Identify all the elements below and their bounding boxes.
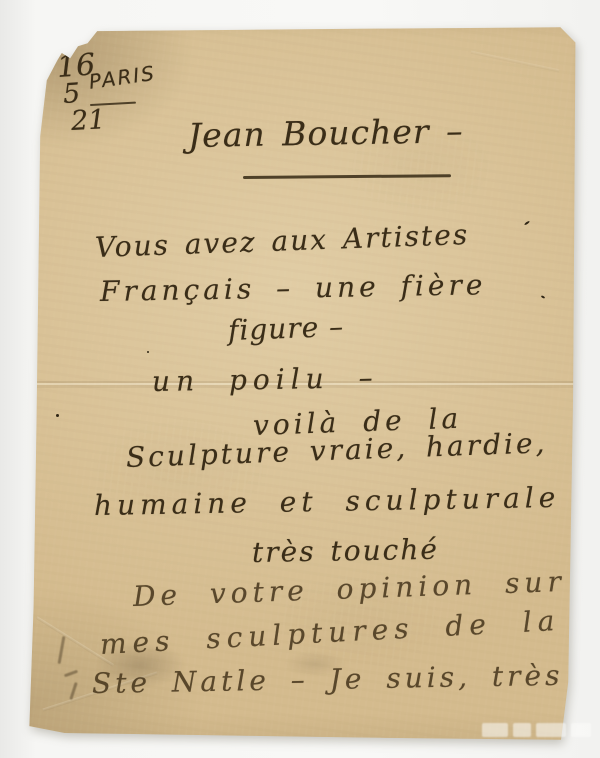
ink-speck xyxy=(147,351,149,353)
letter-line: Vous avez aux Artistes xyxy=(94,218,469,264)
letter-line: Sculpture vraie, hardie, xyxy=(125,426,548,474)
watermark xyxy=(482,723,591,737)
salutation-underline xyxy=(243,174,451,179)
letter-scan: 16 5 21 PARIS Jean Boucher – Vous avez a… xyxy=(0,0,600,758)
watermark-block xyxy=(571,723,591,737)
wrinkle xyxy=(471,51,560,73)
watermark-block xyxy=(536,723,566,737)
ink-smudge-stroke xyxy=(69,682,77,700)
letter-line: Ste Natle – Je suis, très xyxy=(92,659,564,700)
place-name: PARIS xyxy=(87,61,157,94)
ink-smudge-stroke xyxy=(58,636,66,664)
letter-line: De votre opinion sur xyxy=(132,565,566,613)
letter-line: figure – xyxy=(227,310,344,347)
watermark-block xyxy=(513,723,531,737)
letter-line: humaine et sculpturale xyxy=(94,481,561,522)
date-year: 21 xyxy=(70,104,106,137)
paper: 16 5 21 PARIS Jean Boucher – Vous avez a… xyxy=(0,0,600,758)
ink-speck xyxy=(56,414,59,417)
ink-speck xyxy=(541,295,545,299)
letter-line: mes sculptures de la xyxy=(99,604,561,661)
letter-line: un poilu – xyxy=(152,361,379,398)
letter-line: Français – une fière xyxy=(100,268,487,308)
letter-line: très touché xyxy=(252,533,439,569)
place-underline xyxy=(90,102,136,106)
recipient-name: Jean Boucher – xyxy=(188,111,464,155)
watermark-block xyxy=(482,723,508,737)
paper-shadow: 16 5 21 PARIS Jean Boucher – Vous avez a… xyxy=(0,0,600,758)
ink-smudge-stroke xyxy=(64,670,78,678)
ink-speck xyxy=(524,220,530,225)
